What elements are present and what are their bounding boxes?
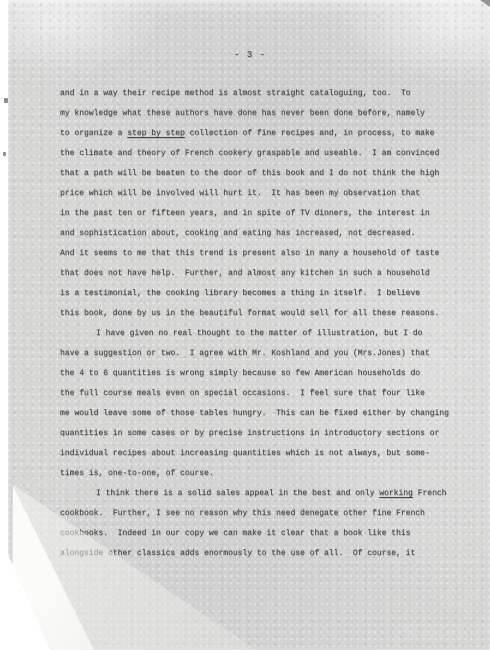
text-line: that a path will be beaten to the door o… (60, 164, 470, 184)
text-line: individual recipes about increasing quan… (60, 444, 470, 464)
text-line: in the past ten or fifteen years, and in… (60, 204, 470, 224)
folded-corner (8, 478, 263, 650)
text-segment: to organize a (60, 129, 127, 138)
text-segment: have a suggestion or two. I agree with M… (60, 349, 430, 358)
text-segment: is a testimonial, the cooking library be… (60, 289, 420, 298)
scanned-letter-page: { "page": { "page_number": "- 3 -", "par… (0, 0, 490, 650)
text-segment: collection of fine recipes and, in proce… (185, 129, 435, 138)
text-segment: French (413, 489, 447, 498)
text-line: price which will be involved will hurt i… (60, 184, 470, 204)
text-segment: the climate and theory of French cookery… (60, 149, 439, 158)
text-line: the 4 to 6 quantities is wrong simply be… (60, 364, 470, 384)
text-segment: price which will be involved will hurt i… (60, 189, 420, 198)
text-segment: individual recipes about increasing quan… (60, 449, 430, 458)
text-segment: the 4 to 6 quantities is wrong simply be… (60, 369, 420, 378)
text-segment: this book, done by us in the beautiful f… (60, 309, 439, 318)
text-segment: the full course meals even on special oc… (60, 389, 425, 398)
text-line: I have given no real thought to the matt… (60, 324, 470, 344)
text-line: have a suggestion or two. I agree with M… (60, 344, 470, 364)
text-segment: and in a way their recipe method is almo… (60, 89, 410, 98)
text-line: is a testimonial, the cooking library be… (60, 284, 470, 304)
underlined-text: working (379, 489, 413, 498)
text-line: the full course meals even on special oc… (60, 384, 470, 404)
paper-sheet: - 3 - and in a way their recipe method i… (8, 0, 490, 650)
text-segment: And it seems to me that this trend is pr… (60, 249, 439, 258)
text-line: and sophistication about, cooking and ea… (60, 224, 470, 244)
text-line: my knowledge what these authors have don… (60, 104, 470, 124)
edge-speck (4, 98, 8, 103)
text-segment: that a path will be beaten to the door o… (60, 169, 439, 178)
paper-corner-notch (480, 0, 490, 7)
text-segment: I have given no real thought to the matt… (96, 329, 422, 338)
text-line: quantities in some cases or by precise i… (60, 424, 470, 444)
text-line: the climate and theory of French cookery… (60, 144, 470, 164)
text-segment: and sophistication about, cooking and ea… (60, 229, 415, 238)
text-segment: quantities in some cases or by precise i… (60, 429, 439, 438)
underlined-text: step by step (127, 129, 185, 138)
text-line: me would leave some of those tables hung… (60, 404, 470, 424)
edge-speck (3, 152, 6, 156)
text-segment: my knowledge what these authors have don… (60, 109, 425, 118)
text-segment: me would leave some of those tables hung… (60, 409, 449, 418)
page-number: - 3 - (60, 50, 440, 60)
text-line: that does not have help. Further, and al… (60, 264, 470, 284)
text-line: to organize a step by step collection of… (60, 124, 470, 144)
text-segment: times is, one-to-one, of course. (60, 469, 214, 478)
text-line: and in a way their recipe method is almo… (60, 84, 470, 104)
text-line: And it seems to me that this trend is pr… (60, 244, 470, 264)
paragraph: and in a way their recipe method is almo… (60, 84, 470, 324)
paragraph: I have given no real thought to the matt… (60, 324, 470, 484)
text-segment: that does not have help. Further, and al… (60, 269, 430, 278)
text-line: this book, done by us in the beautiful f… (60, 304, 470, 324)
text-segment: in the past ten or fifteen years, and in… (60, 209, 430, 218)
